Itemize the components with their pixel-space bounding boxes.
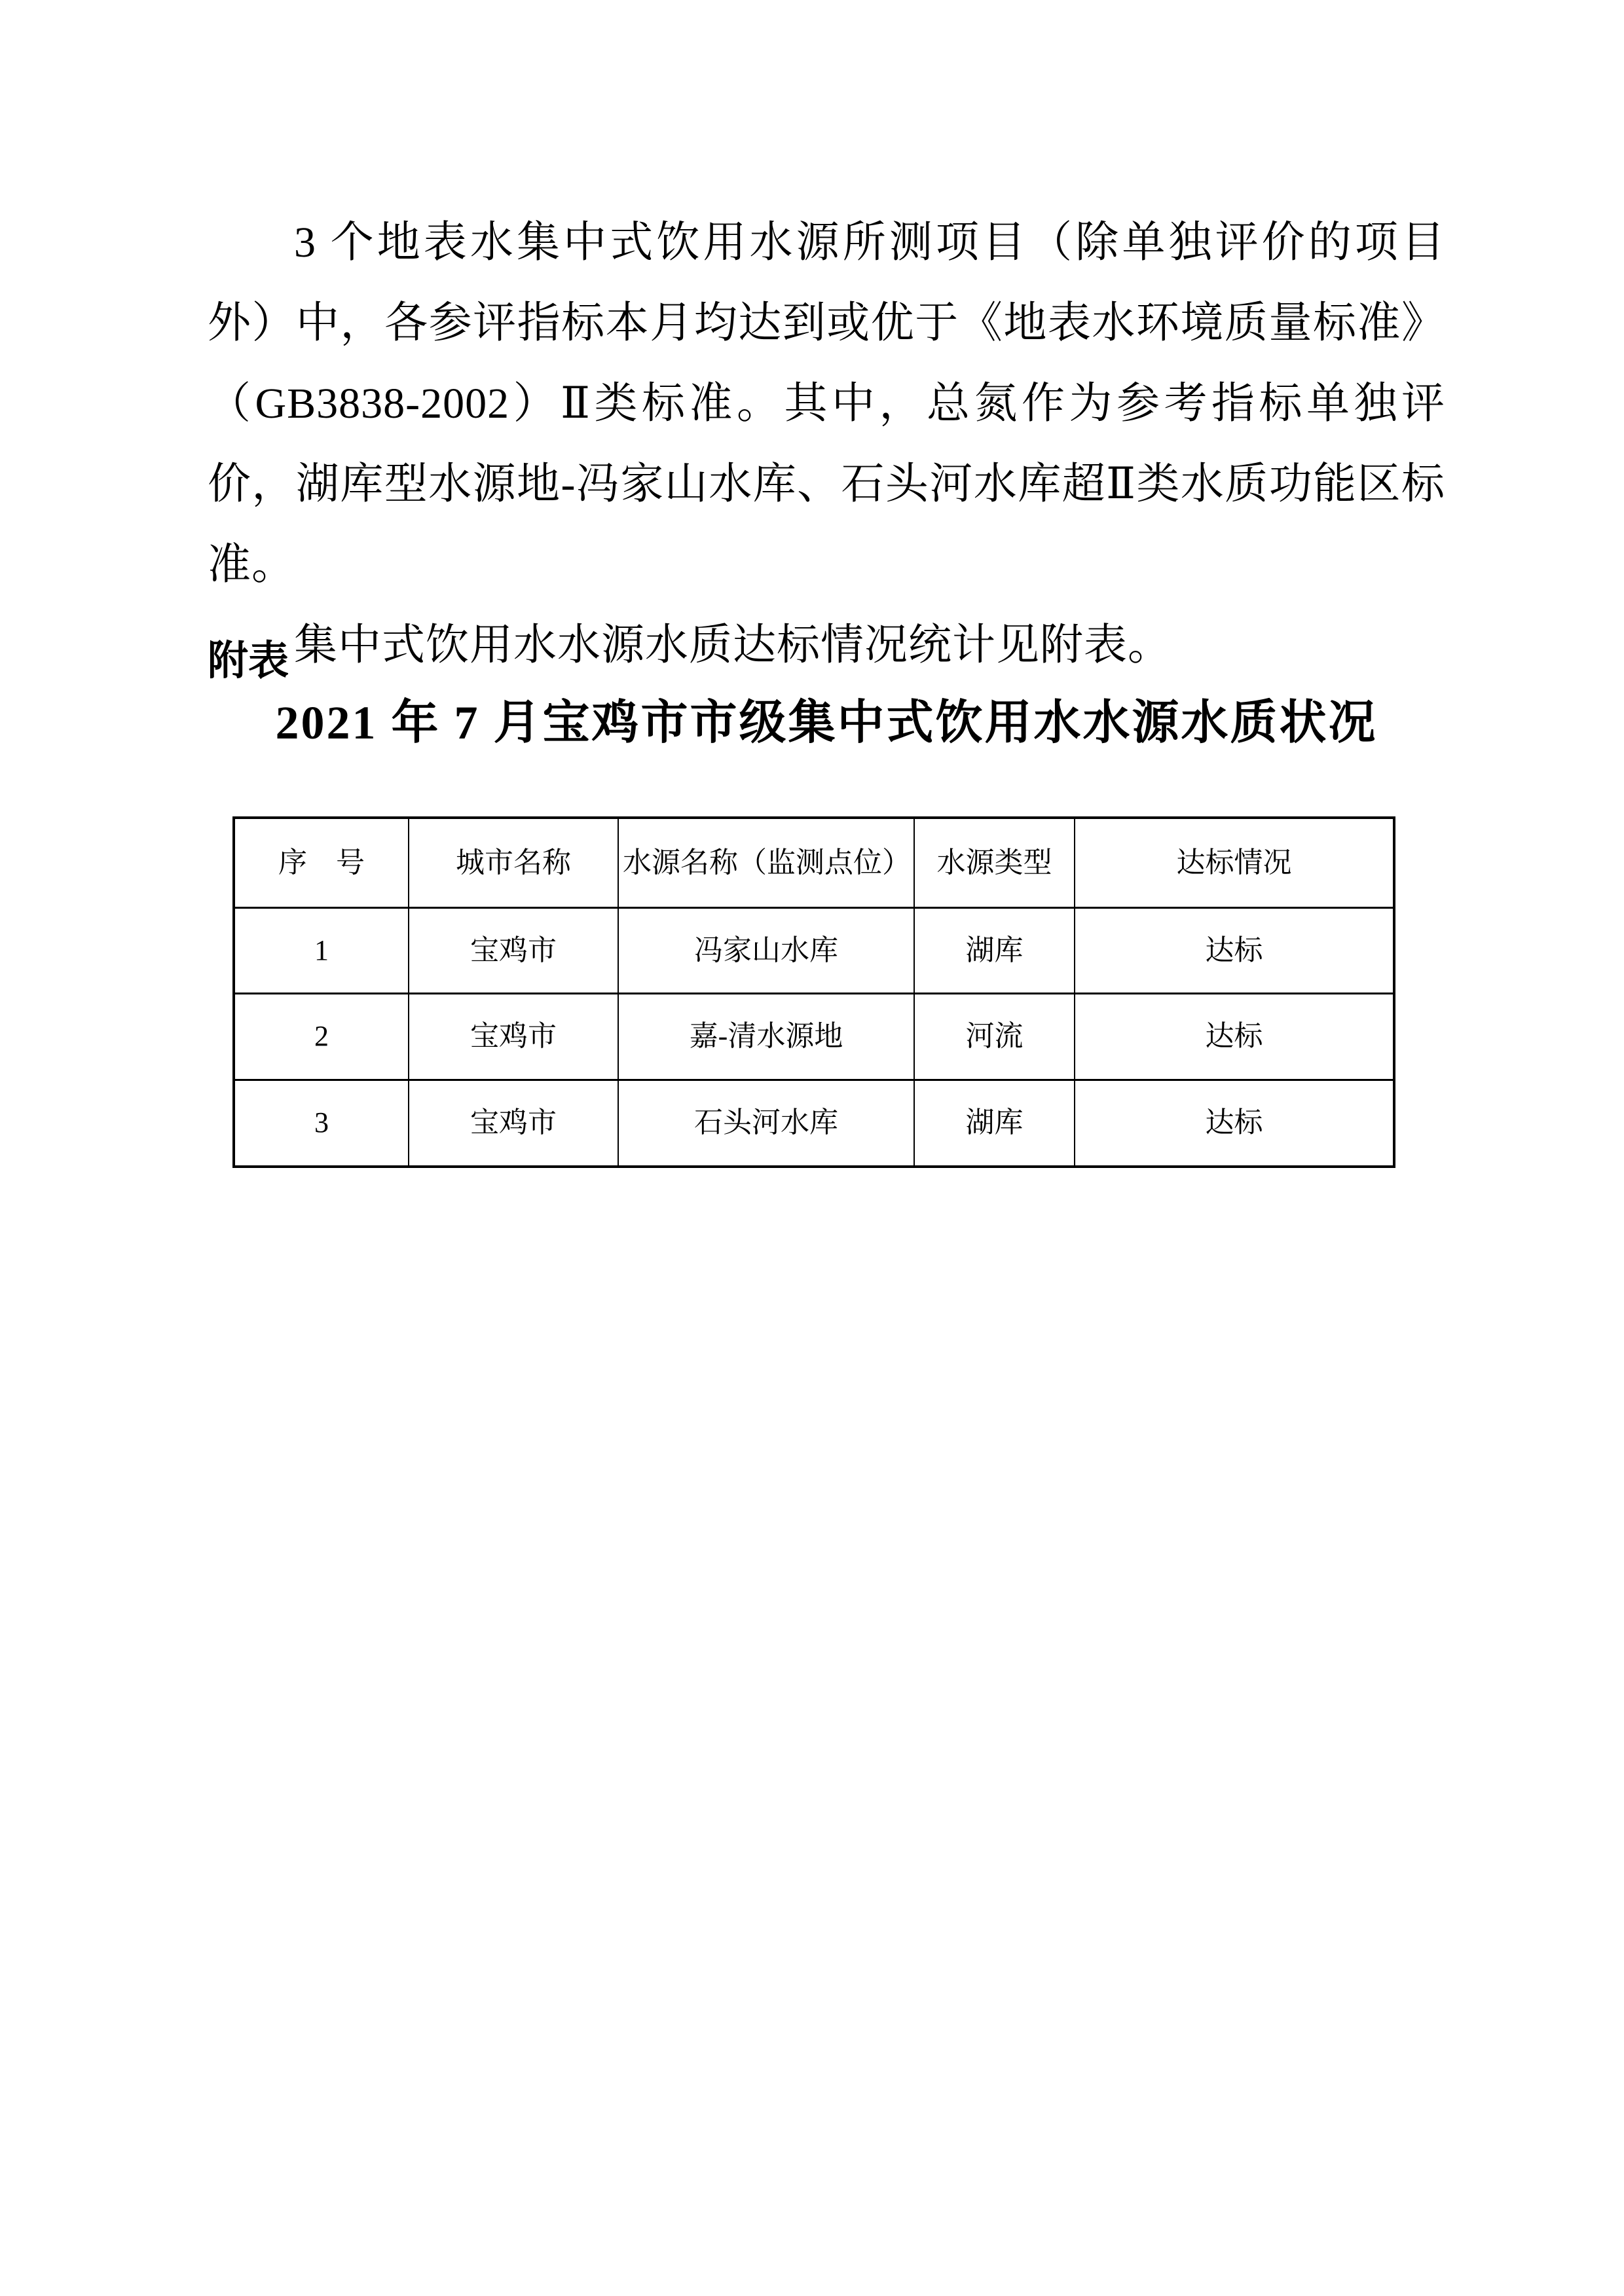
cell-city-name: 宝鸡市 [409, 993, 618, 1080]
cell-source-name: 冯家山水库 [618, 907, 914, 993]
header-city-name: 城市名称 [409, 818, 618, 907]
table-header-row: 序 号 城市名称 水源名称（监测点位） 水源类型 达标情况 [234, 818, 1394, 907]
cell-source-name: 石头河水库 [618, 1080, 914, 1167]
cell-serial-number: 2 [234, 993, 409, 1080]
appendix-label: 附表 [208, 634, 289, 689]
cell-city-name: 宝鸡市 [409, 1080, 618, 1167]
cell-compliance: 达标 [1075, 993, 1394, 1080]
cell-source-type: 湖库 [914, 1080, 1075, 1167]
water-quality-table: 序 号 城市名称 水源名称（监测点位） 水源类型 达标情况 1 宝鸡市 冯家山水… [232, 816, 1395, 1168]
cell-serial-number: 1 [234, 907, 409, 993]
paragraph-water-quality-summary: 3 个地表水集中式饮用水源所测项目（除单独评价的项目外）中，各参评指标本月均达到… [208, 202, 1445, 605]
header-source-type: 水源类型 [914, 818, 1075, 907]
table-row: 2 宝鸡市 嘉-清水源地 河流 达标 [234, 993, 1394, 1080]
cell-source-name: 嘉-清水源地 [618, 993, 914, 1080]
header-serial-number: 序 号 [234, 818, 409, 907]
document-page: 3 个地表水集中式饮用水源所测项目（除单独评价的项目外）中，各参评指标本月均达到… [0, 0, 1624, 2296]
cell-source-type: 湖库 [914, 907, 1075, 993]
header-source-name: 水源名称（监测点位） [618, 818, 914, 907]
header-compliance: 达标情况 [1075, 818, 1394, 907]
table-title: 2021 年 7 月宝鸡市市级集中式饮用水水源水质状况 [208, 688, 1445, 757]
table-row: 3 宝鸡市 石头河水库 湖库 达标 [234, 1080, 1394, 1167]
paragraph-table-reference: 集中式饮用水水源水质达标情况统计见附表。 [208, 605, 1445, 685]
body-text-block: 3 个地表水集中式饮用水源所测项目（除单独评价的项目外）中，各参评指标本月均达到… [208, 202, 1445, 685]
cell-city-name: 宝鸡市 [409, 907, 618, 993]
cell-compliance: 达标 [1075, 907, 1394, 993]
cell-compliance: 达标 [1075, 1080, 1394, 1167]
cell-serial-number: 3 [234, 1080, 409, 1167]
cell-source-type: 河流 [914, 993, 1075, 1080]
table-row: 1 宝鸡市 冯家山水库 湖库 达标 [234, 907, 1394, 993]
